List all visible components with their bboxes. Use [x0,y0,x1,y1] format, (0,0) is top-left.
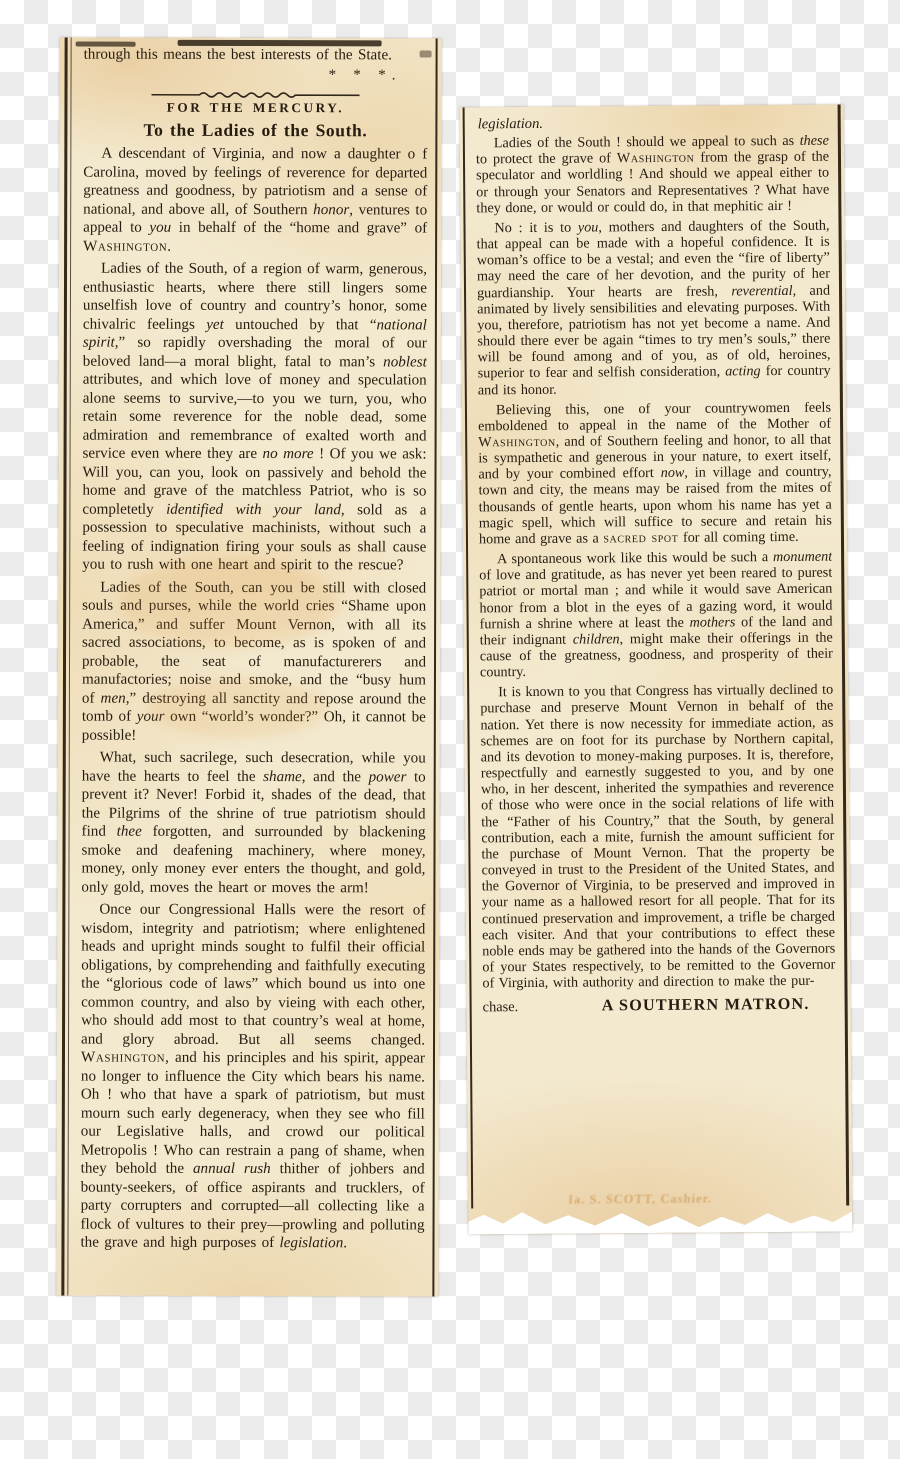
paragraph: No : it is to you, mothers and daughters… [476,218,830,398]
body-text: for all coming time. [678,529,798,546]
emphasis-text: legislation [280,1235,344,1251]
image-canvas: { "background": { "checker_light": "#fff… [0,0,900,1459]
paragraph: A descendant of Virginia, and now a daug… [83,145,427,257]
body-text: , and his principles and his spirit, app… [81,1050,425,1177]
article-body-right: Ladies of the South ! should we appeal t… [476,133,836,992]
cut-off-print-fragment [76,42,136,47]
emphasis-text: noblest [383,354,427,370]
emphasis-text: Washington [83,238,167,254]
body-text: Believing this, one of your countrywomen… [478,399,831,434]
wavy-section-divider [83,86,427,97]
paragraph: A spontaneous work like this would be su… [479,549,833,681]
cut-off-print-fragment [178,40,382,47]
column-rule-right [432,38,437,1296]
paragraph: Ladies of the South ! should we appeal t… [476,133,830,217]
body-text: in behalf of the “home and grave” of [171,220,427,237]
body-text: ,” so rapidly overshading the moral of o… [83,335,427,370]
emphasis-text: honor [313,202,349,218]
emphasis-text: sacred spot [603,530,678,547]
emphasis-text: yet [206,316,224,332]
emphasis-text: power [369,769,407,785]
column-rule-left-inner [67,38,71,1296]
article-headline: To the Ladies of the South. [83,120,427,139]
bleed-through-text: Ia. S. SCOTT, Cashier. [568,1192,713,1208]
emphasis-text: reverential [731,282,792,298]
body-text: . [167,238,171,254]
cut-off-print-fragment [420,50,432,57]
emphasis-text: mothers [690,614,736,630]
ink-bleed-stain [148,678,328,738]
paragraph: Ladies of the South, of a region of warm… [82,260,427,575]
newspaper-clipping-right: legislation. Ladies of the South ! shoul… [460,105,853,1235]
emphasis-text: Washington [617,150,695,167]
section-kicker: FOR THE MERCURY. [83,99,427,118]
emphasis-text: men [101,690,126,706]
emphasis-text: you [578,219,599,235]
emphasis-text: Washington [81,1050,165,1066]
body-text: It is known to you that Congress has vir… [480,682,835,992]
paragraph: Once our Congressional Halls were the re… [80,901,425,1253]
newspaper-clipping-left: through this means the best interests of… [56,38,441,1297]
emphasis-text: monument [773,549,832,565]
emphasis-text: now [661,465,685,481]
emphasis-text: identified with your land [166,501,341,517]
paragraph: It is known to you that Congress has vir… [480,682,835,992]
paragraph: What, such sacrilege, such desecration, … [81,749,425,898]
column-rule-left-outer [61,38,67,1296]
emphasis-text: no more [263,446,314,462]
asterisk-separator: * * *. [84,65,428,84]
emphasis-text: acting [725,364,761,380]
continuation-line: through this means the best interests of… [84,46,428,65]
column-rule-right [838,105,850,1206]
body-text: A spontaneous work like this would be su… [497,549,773,567]
body-text: No : it is to [494,220,577,237]
torn-paper-edge [468,1203,852,1234]
body-text: untouched by that “ [224,316,377,332]
emphasis-text: annual rush [193,1161,271,1177]
column-rule-left [463,107,474,1208]
emphasis-text: Washington [478,434,556,451]
emphasis-text: thee [117,824,142,840]
ink-bleed-stain [118,558,338,649]
signature-row: chase. A SOUTHERN MATRON. [483,995,836,1017]
emphasis-text: you [149,220,171,236]
closing-word: chase. [483,999,519,1016]
paragraph: Believing this, one of your countrywomen… [478,399,832,547]
emphasis-text: these [800,133,829,149]
article-column-right: legislation. Ladies of the South ! shoul… [476,113,836,996]
body-text: , and the [302,769,369,785]
article-column-left: through this means the best interests of… [80,46,427,1253]
body-text: . [343,1235,347,1251]
emphasis-text: children [573,631,620,647]
emphasis-text: shame [263,769,302,785]
continuation-line: legislation. [478,114,829,133]
author-signature: A SOUTHERN MATRON. [602,995,836,1016]
body-text: Once our Congressional Halls were the re… [81,902,425,1048]
body-text: to protect the grave of [476,151,617,168]
